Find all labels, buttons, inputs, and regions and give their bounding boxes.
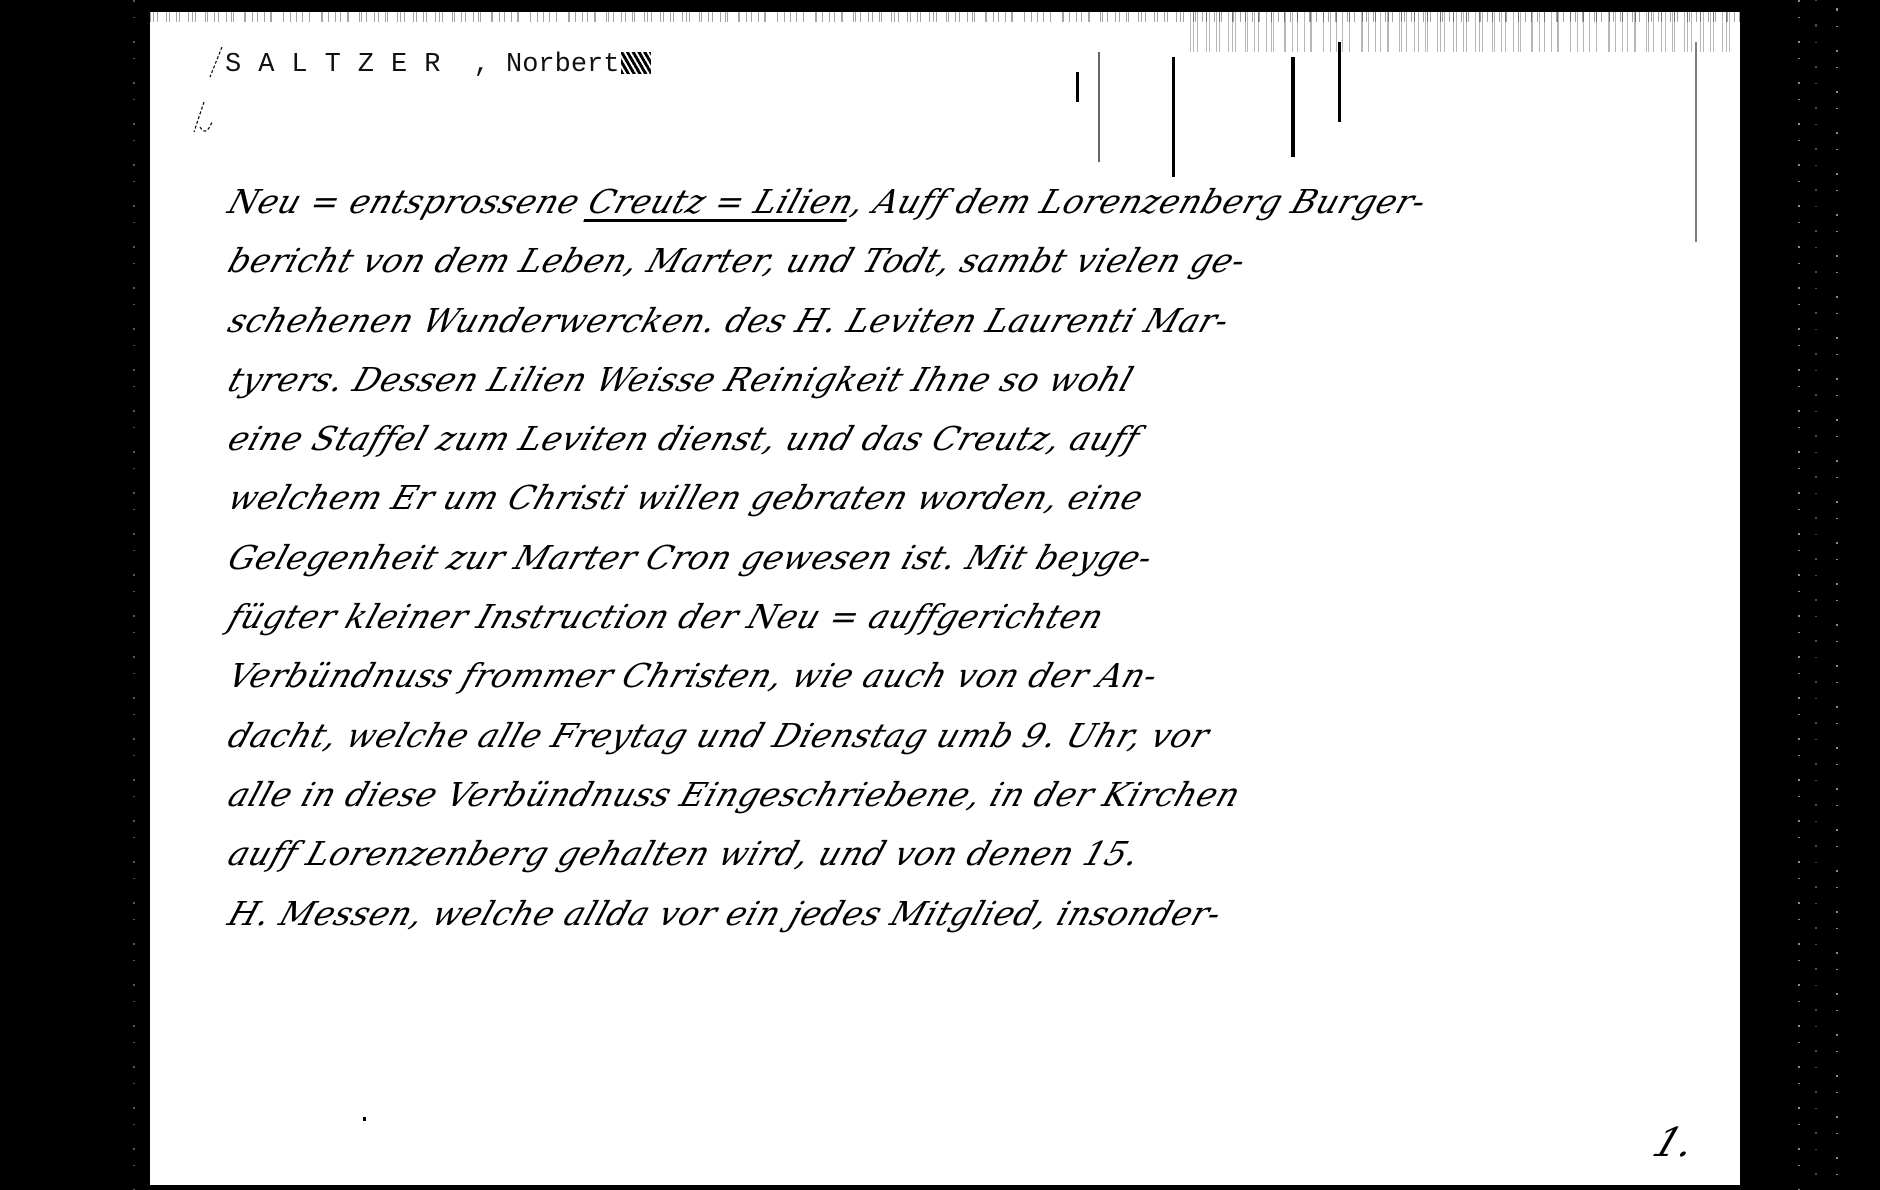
handwritten-line: auff Lorenzenberg gehalten wird, und von…: [220, 824, 1699, 883]
header-separator: ,: [474, 50, 490, 80]
handwritten-line: eine Staffel zum Leviten dienst, und das…: [220, 409, 1699, 468]
scan-artifact-stroke: [1338, 42, 1341, 122]
surname: SALTZER: [225, 50, 457, 80]
handwritten-line: H. Messen, welche allda vor ein jedes Mi…: [220, 884, 1699, 943]
handwritten-line: Gelegenheit zur Marter Cron gewesen ist.…: [220, 528, 1699, 587]
page-number: 1.: [1647, 1120, 1702, 1166]
stray-ink-dot: [363, 1117, 366, 1121]
card-header: SALTZER , Norbert: [225, 50, 651, 80]
document-page: SALTZER , Norbert Neu = entsprossene Cre…: [150, 12, 1740, 1185]
scan-artifact-stroke: [1172, 57, 1175, 177]
line-text: Neu = entsprossene: [223, 182, 596, 221]
scan-edge-noise: [1190, 12, 1730, 52]
handwritten-text-block: Neu = entsprossene Creutz = Lilien, Auff…: [220, 172, 1680, 943]
handwritten-line: dacht, welche alle Freytag und Dienstag …: [220, 706, 1699, 765]
handwritten-line: Verbündnuss frommer Christen, wie auch v…: [220, 646, 1699, 705]
scan-artifact-stroke: [1695, 42, 1697, 242]
scan-noise-column: [133, 0, 135, 1190]
scan-noise-column: [1815, 0, 1817, 1190]
handwritten-line: alle in diese Verbündnuss Eingeschrieben…: [220, 765, 1699, 824]
handwritten-line: Neu = entsprossene Creutz = Lilien, Auff…: [220, 172, 1699, 231]
scan-viewport: SALTZER , Norbert Neu = entsprossene Cre…: [0, 0, 1880, 1190]
scan-artifact-stroke: [1291, 57, 1295, 157]
given-name: Norbert: [506, 50, 619, 80]
handwritten-line: welchem Er um Christi willen gebraten wo…: [220, 468, 1699, 527]
crossed-out-scribble: [621, 52, 651, 74]
handwritten-line: bericht von dem Leben, Marter, und Todt,…: [220, 231, 1699, 290]
scan-noise-column: [1836, 0, 1838, 1190]
handwritten-line: fügter kleiner Instruction der Neu = auf…: [220, 587, 1699, 646]
line-text: , Auff dem Lorenzenberg Burger-: [847, 182, 1432, 221]
scan-artifact-stroke: [1098, 52, 1100, 162]
scan-artifact-stroke: [1076, 72, 1079, 102]
margin-pencil-mark-icon: [190, 47, 230, 137]
handwritten-line: schehenen Wunderwercken. des H. Leviten …: [220, 291, 1699, 350]
handwritten-line: tyrers. Dessen Lilien Weisse Reinigkeit …: [220, 350, 1699, 409]
scan-noise-column: [1798, 0, 1800, 1190]
underlined-title: Creutz = Lilien: [584, 182, 860, 221]
